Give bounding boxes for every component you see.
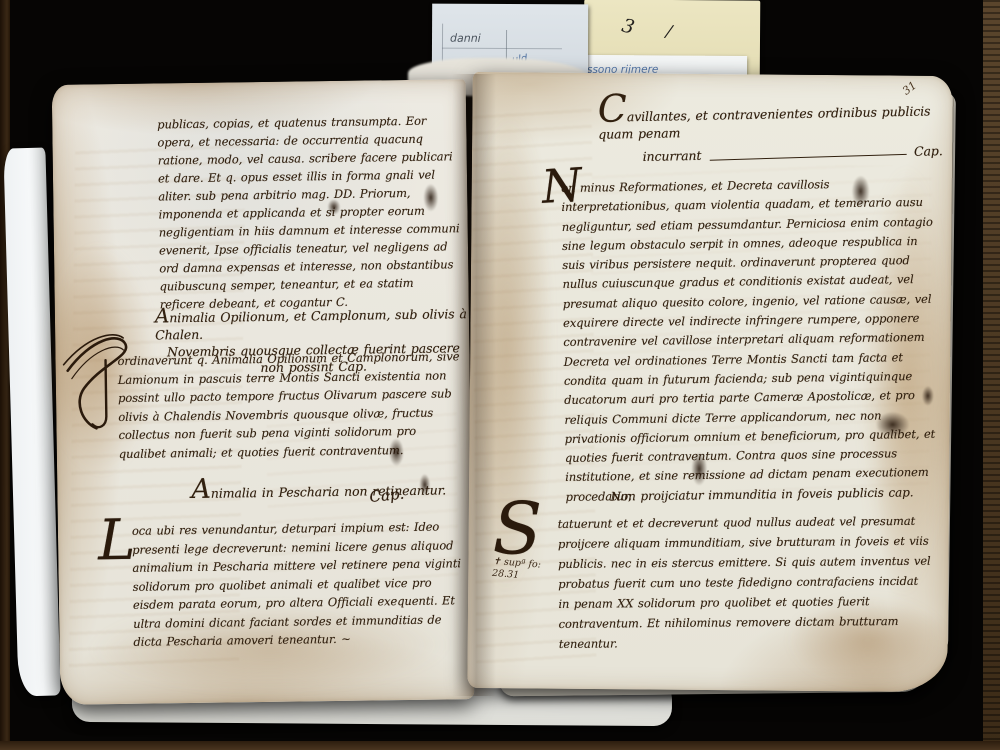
- ink-blot: [922, 386, 934, 406]
- cap-word: Cap.: [369, 485, 405, 506]
- drop-cap-N: N: [540, 158, 583, 214]
- paragraph: oca ubi res venundantur, deturpari impiu…: [132, 517, 472, 651]
- ink-blot: [419, 474, 430, 496]
- manuscript-page-left: publicas, copias, et quatenus transumpta…: [52, 79, 475, 705]
- heading-initial: A: [191, 474, 211, 505]
- manuscript-photo: 3 / Ch. daci non possono rijmere danni u…: [0, 0, 1000, 750]
- paragraph: ordinaverunt q. Animalia Opilionum et Ca…: [117, 347, 467, 463]
- card-pen-mark-slash: /: [665, 22, 674, 43]
- table-edge-bottom: [0, 741, 1000, 750]
- drop-cap-L: L: [98, 508, 136, 574]
- table-edge-right: [983, 0, 1000, 750]
- under-sheet-left: [3, 148, 60, 697]
- heading-initial: A: [155, 303, 170, 327]
- flourish-initial: [61, 330, 142, 435]
- heading-rule: [709, 154, 906, 161]
- ink-blot: [327, 199, 340, 215]
- book-gutter-shadow: [452, 74, 496, 696]
- ink-blot: [852, 175, 870, 207]
- table-edge-left: [0, 0, 10, 750]
- ink-blot: [389, 438, 404, 466]
- margin-note: ✝ supª fo: 28.31: [492, 556, 560, 585]
- paragraph: tatuerunt et et decreverunt quod nullus …: [558, 511, 933, 654]
- card-pen-mark: 3: [620, 15, 637, 39]
- ink-blot: [423, 184, 438, 212]
- manuscript-page-right: 31 Cavillantes, et contravenientes ordin…: [467, 72, 952, 692]
- slip-label-word: danni: [450, 32, 481, 45]
- ink-blot: [691, 452, 707, 486]
- paragraph: on minus Reformationes, et Decreta cavil…: [561, 174, 938, 507]
- pencil-line: [442, 48, 562, 50]
- chapter-heading: Cavillantes, et contravenientes ordinibu…: [598, 95, 943, 166]
- paragraph: publicas, copias, et quatenus transumpta…: [157, 111, 462, 313]
- heading-initial: C: [597, 86, 627, 131]
- ink-blot: [876, 411, 910, 437]
